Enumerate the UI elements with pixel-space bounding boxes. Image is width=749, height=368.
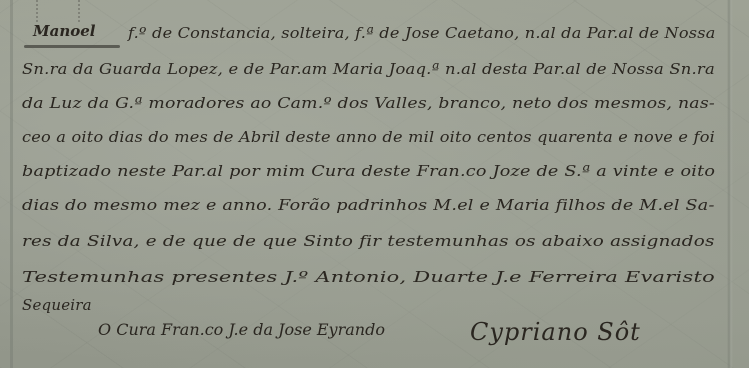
text-line-3: da Luz da G.ª moradores ao Cam.º dos Val… <box>22 94 715 112</box>
text-line-6: dias do mesmo mez e anno. Forão padrinho… <box>22 196 715 214</box>
text-line-2: Sn.ra da Guarda Lopez, e de Par.am Maria… <box>22 60 715 78</box>
faded-stamp <box>36 0 80 22</box>
text-line-1: f.º de Constancia, solteira, f.ª de Jose… <box>128 24 716 42</box>
document-page: Manoel f.º de Constancia, solteira, f.ª … <box>0 0 749 368</box>
margin-name: Manoel <box>33 22 95 40</box>
signature-line: O Cura Fran.co J.e da Jose Eyrando <box>98 320 385 339</box>
text-line-7: res da Silva, e de que de que Sinto fir … <box>22 232 715 250</box>
text-line-8: Testemunhas presentes J.º Antonio, Duart… <box>22 268 715 286</box>
text-line-4: ceo a oito dias do mes de Abril deste an… <box>22 128 715 146</box>
page-margin-line <box>10 0 13 368</box>
signature-name: Cypriano Sôt <box>470 318 641 346</box>
page-fold-line <box>727 0 733 368</box>
margin-name-underline <box>24 45 120 48</box>
text-line-5: baptizado neste Par.al por mim Cura dest… <box>22 162 715 180</box>
text-line-9: Sequeira <box>22 296 92 314</box>
